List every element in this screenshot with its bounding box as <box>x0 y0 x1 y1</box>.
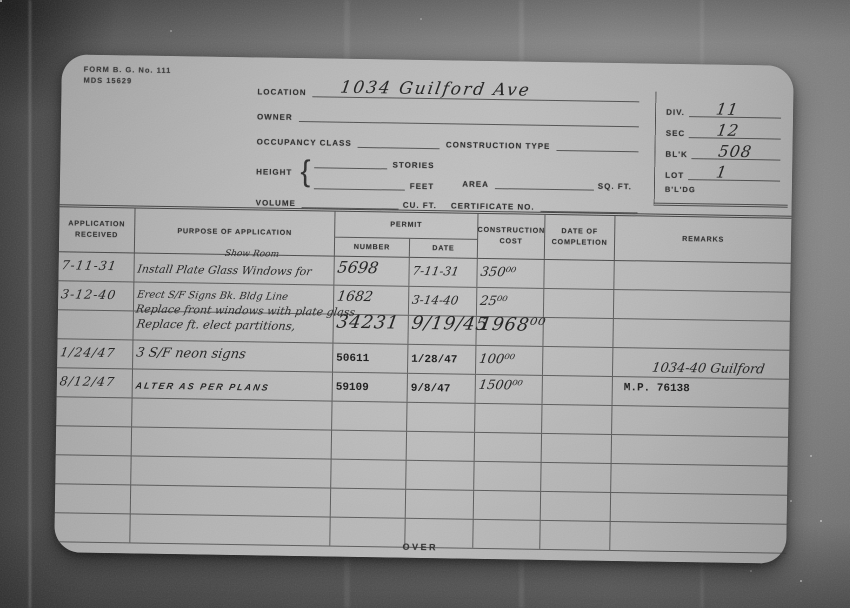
owner-label: OWNER <box>257 112 293 122</box>
cell-value: Erect S/F Signs Bk. Bldg Line <box>136 290 289 303</box>
cell-completion <box>542 376 612 405</box>
cell-completion <box>541 405 611 434</box>
cell-received <box>56 397 131 426</box>
div-row: DIV. 11 <box>666 96 781 119</box>
cell-completion <box>540 492 610 521</box>
cell-value: 8/12/47 <box>59 373 117 389</box>
bldg-row: B'L'DG <box>665 180 780 196</box>
lot-value: 1 <box>714 163 728 182</box>
owner-field <box>299 109 639 127</box>
cell-purpose <box>131 427 331 458</box>
lot-field: 1 <box>688 167 780 181</box>
cell-value: 350⁰⁰ <box>479 265 517 281</box>
cell-received <box>55 455 130 484</box>
location-field: 1034 Guilford Ave <box>313 84 640 102</box>
cell-date: 7-11-31 <box>408 258 476 287</box>
cell-value: 1500⁰⁰ <box>478 378 524 394</box>
area-label: AREA <box>462 179 489 188</box>
cell-completion <box>542 318 612 347</box>
cell-number: 34231 <box>332 315 407 344</box>
blk-label: BL'K <box>665 150 687 159</box>
div-value: 11 <box>715 100 740 119</box>
form-number-line2: MDS 15629 <box>83 75 171 88</box>
form-number: FORM B. G. No. 111 MDS 15629 <box>83 64 171 88</box>
div-field: 11 <box>689 104 781 118</box>
blk-value: 508 <box>717 142 754 161</box>
area-row: AREA SQ. FT. <box>458 175 638 191</box>
sec-label: SEC <box>666 129 686 138</box>
cell-purpose: ALTER AS PER PLANS <box>132 369 332 400</box>
blk-field: 508 <box>692 146 781 160</box>
cell-completion <box>542 347 612 376</box>
film-scratch <box>29 0 31 608</box>
cell-cost: 350⁰⁰ <box>476 259 543 288</box>
cell-received <box>55 484 130 513</box>
cell-completion <box>543 289 613 318</box>
cell-date: 3-14-40 <box>408 287 476 316</box>
cell-remarks <box>611 435 788 466</box>
form-fields: LOCATION 1034 Guilford Ave OWNER OCCUPAN… <box>256 83 640 213</box>
header-date-of-completion: DATE OF COMPLETION <box>544 215 615 260</box>
cell-purpose <box>130 485 330 516</box>
cell-received <box>56 426 131 455</box>
cell-value: 3-12-40 <box>60 286 118 302</box>
cell-cost <box>474 404 541 433</box>
location-row: LOCATION 1034 Guilford Ave <box>257 83 639 102</box>
header-permit: PERMIT <box>334 212 477 240</box>
cell-received: 3-12-40 <box>58 281 133 310</box>
cell-date <box>406 403 474 432</box>
cell-completion <box>543 260 613 289</box>
height-label: HEIGHT <box>256 167 292 177</box>
cell-remarks <box>613 261 790 292</box>
cell-value: 5698 <box>336 258 380 278</box>
lot-row: LOT 1 <box>665 159 780 182</box>
header-application-received: APPLICATION RECEIVED <box>59 207 135 252</box>
div-label: DIV. <box>666 108 685 117</box>
cell-received: 7-11-31 <box>58 252 133 281</box>
cell-value: 7-11-31 <box>60 257 118 273</box>
cell-value: 9/8/47 <box>411 383 451 396</box>
cell-cost: 25⁰⁰ <box>476 288 543 317</box>
sqft-label: SQ. FT. <box>598 181 632 191</box>
cell-number <box>330 460 405 489</box>
header-construction-cost: CONSTRUCTION COST <box>477 214 545 259</box>
header-number: NUMBER <box>334 238 409 257</box>
cell-cost: 1968⁰⁰ <box>475 317 542 346</box>
cell-purpose: Show RoomInstall Plate Glass Windows for <box>133 253 333 284</box>
cell-remarks: M.P. 76138 <box>612 377 789 408</box>
location-label: LOCATION <box>257 87 306 97</box>
sec-row: SEC 12 <box>666 117 781 140</box>
feet-row: FEET <box>314 176 434 191</box>
parcel-box: DIV. 11 SEC 12 BL'K 508 LOT 1 <box>654 92 790 208</box>
owner-row: OWNER <box>257 108 639 127</box>
cell-value: 1/24/47 <box>59 344 117 360</box>
cell-number: 50611 <box>332 344 407 373</box>
cell-date: 9/19/45 <box>407 316 475 345</box>
sec-value: 12 <box>715 121 740 140</box>
cell-remarks <box>610 493 787 524</box>
cell-date <box>406 432 474 461</box>
cell-value: 7-11-31 <box>412 264 460 279</box>
purpose-note: Show Room <box>224 249 280 260</box>
dust-specks <box>0 0 2 2</box>
construction-type-label: CONSTRUCTION TYPE <box>446 140 551 151</box>
height-block: HEIGHT { STORIES FEET AREA SQ. FT. <box>256 154 638 194</box>
cell-value: 1034-40 Guilford <box>651 361 766 378</box>
cell-value: 3 S/F neon signs <box>135 346 247 363</box>
header-remarks: REMARKS <box>614 216 792 263</box>
table-body: 7-11-31Show RoomInstall Plate Glass Wind… <box>54 252 790 553</box>
cell-purpose: Replace front windows with plate glassRe… <box>132 311 332 342</box>
cell-value: 100⁰⁰ <box>478 352 516 368</box>
height-fields: STORIES FEET <box>314 155 435 191</box>
stories-field <box>314 155 387 169</box>
permit-table: APPLICATION RECEIVED PURPOSE OF APPLICAT… <box>54 204 791 553</box>
cell-date <box>405 490 473 519</box>
permit-card: FORM B. G. No. 111 MDS 15629 LOCATION 10… <box>54 54 794 563</box>
cell-received <box>57 310 132 339</box>
cell-number: 59109 <box>332 373 407 402</box>
cell-value: 3-14-40 <box>411 293 459 308</box>
cell-completion <box>540 463 610 492</box>
occupancy-class-label: OCCUPANCY CLASS <box>257 137 352 147</box>
area-field <box>495 176 594 191</box>
cell-cost <box>473 462 540 491</box>
cell-value: 1682 <box>336 289 374 306</box>
cell-remarks: 1034-40 Guilford <box>612 348 789 379</box>
blk-row: BL'K 508 <box>665 138 780 161</box>
location-value: 1034 Guilford Ave <box>339 78 532 101</box>
cell-received: 8/12/47 <box>57 368 132 397</box>
brace-glyph: { <box>300 157 311 187</box>
cell-remarks <box>612 319 789 350</box>
lot-label: LOT <box>665 171 684 180</box>
cell-date: 9/8/47 <box>407 374 475 403</box>
cell-remarks <box>611 406 788 437</box>
stories-row: STORIES <box>314 155 434 170</box>
cell-number <box>331 402 406 431</box>
cell-completion <box>541 434 611 463</box>
cell-purpose <box>130 456 330 487</box>
cell-date <box>405 461 473 490</box>
cell-purpose: 3 S/F neon signs <box>132 340 332 371</box>
cell-value: 1968⁰⁰ <box>478 314 548 336</box>
cell-number <box>330 489 405 518</box>
construction-type-field <box>556 138 638 152</box>
cell-value: Replace ft. elect partitions, <box>136 317 297 333</box>
cell-cost <box>473 491 540 520</box>
stories-label: STORIES <box>392 160 434 170</box>
cell-received: 1/24/47 <box>57 339 132 368</box>
cell-cost <box>474 433 541 462</box>
cell-date: 1/28/47 <box>407 345 475 374</box>
feet-field <box>314 176 405 190</box>
cell-value: 25⁰⁰ <box>479 294 508 309</box>
cell-value: 59109 <box>336 382 369 395</box>
occupancy-row: OCCUPANCY CLASS CONSTRUCTION TYPE <box>257 133 639 152</box>
cell-cost: 100⁰⁰ <box>475 346 542 375</box>
cell-remarks <box>610 464 787 495</box>
cell-number: 5698 <box>333 257 408 286</box>
cell-value: 50611 <box>336 353 369 366</box>
occupancy-class-field <box>358 135 440 149</box>
cell-value: Install Plate Glass Windows for <box>137 263 313 279</box>
cell-purpose <box>131 398 331 429</box>
bldg-label: B'L'DG <box>665 185 696 194</box>
cell-remarks <box>613 290 790 321</box>
cell-value: 1/28/47 <box>411 354 457 367</box>
cell-number <box>331 431 406 460</box>
feet-label: FEET <box>410 182 435 191</box>
cell-value: M.P. 76138 <box>624 382 690 395</box>
cell-value: ALTER AS PER PLANS <box>135 380 271 392</box>
photo-background: FORM B. G. No. 111 MDS 15629 LOCATION 10… <box>0 0 850 608</box>
sec-field: 12 <box>689 125 781 139</box>
cell-cost: 1500⁰⁰ <box>475 375 542 404</box>
header-date: DATE <box>409 239 477 258</box>
